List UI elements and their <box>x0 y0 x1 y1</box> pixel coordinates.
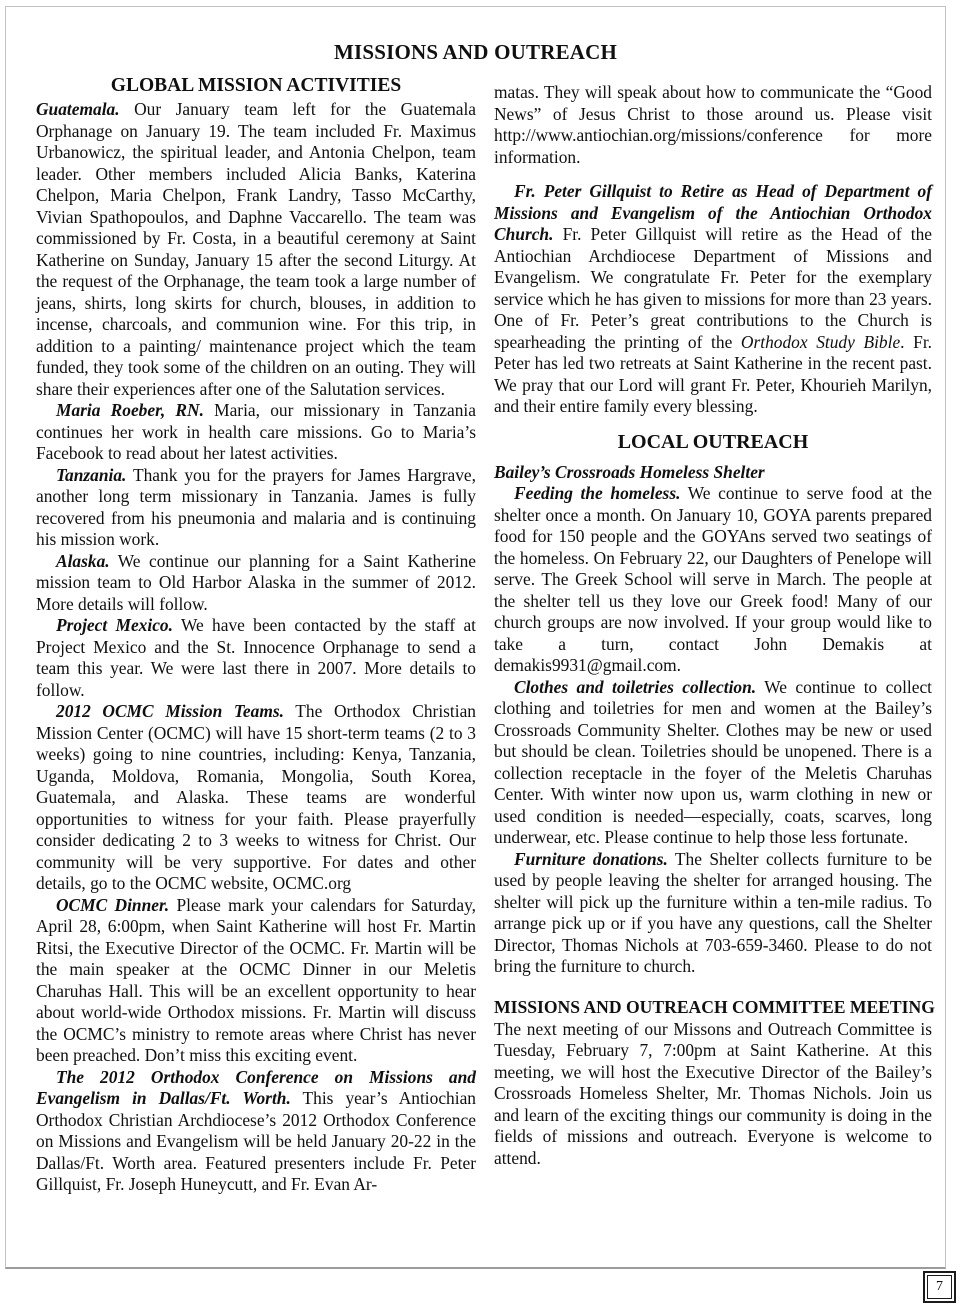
paragraph-spacer <box>494 168 932 181</box>
page-number-box: 7 <box>923 1271 956 1303</box>
paragraph-furniture-donations: Furniture donations. The Shelter collect… <box>494 849 932 978</box>
local-outreach-heading: LOCAL OUTREACH <box>494 430 932 454</box>
paragraph-tanzania: Tanzania. Thank you for the prayers for … <box>36 465 476 551</box>
committee-meeting-heading: MISSIONS AND OUTREACH COMMITTEE MEETING <box>494 996 932 1019</box>
paragraph-committee-meeting: The next meeting of our Missons and Outr… <box>494 1019 932 1170</box>
paragraph-lead: Maria Roeber, RN. <box>56 400 204 420</box>
baileys-crossroads-shelter-heading: Bailey’s Crossroads Homeless Shelter <box>494 462 932 484</box>
paragraph-lead: Feeding the homeless. <box>514 483 680 503</box>
paragraph-alaska: Alaska. We continue our planning for a S… <box>36 551 476 616</box>
paragraph-text: We continue to serve food at the shelter… <box>494 483 932 675</box>
paragraph-clothes-toiletries: Clothes and toiletries collection. We co… <box>494 677 932 849</box>
left-column: GLOBAL MISSION ACTIVITIES Guatemala. Our… <box>36 74 476 1196</box>
book-title-italic: Orthodox Study Bible <box>741 332 900 352</box>
paragraph-lead: OCMC Dinner. <box>56 895 169 915</box>
page-number: 7 <box>927 1275 952 1299</box>
paragraph-ocmc-mission-teams: 2012 OCMC Mission Teams. The Orthodox Ch… <box>36 701 476 895</box>
paragraph-lead: Project Mexico. <box>56 615 173 635</box>
paragraph-project-mexico: Project Mexico. We have been contacted b… <box>36 615 476 701</box>
paragraph-guatemala: Guatemala. Our January team left for the… <box>36 99 476 400</box>
paragraph-text: We continue to collect clothing and toil… <box>494 677 932 848</box>
paragraph-lead: Furniture donations. <box>514 849 668 869</box>
paragraph-text: Our January team left for the Guatemala … <box>36 99 476 399</box>
paragraph-text: Please mark your calendars for Saturday,… <box>36 895 476 1066</box>
paragraph-text: The Orthodox Christian Mission Center (O… <box>36 701 476 893</box>
paragraph-lead: Guatemala. <box>36 99 120 119</box>
paragraph-ocmc-dinner: OCMC Dinner. Please mark your calendars … <box>36 895 476 1067</box>
paragraph-feeding-homeless: Feeding the homeless. We continue to ser… <box>494 483 932 677</box>
paragraph-lead: 2012 OCMC Mission Teams. <box>56 701 284 721</box>
paragraph-maria-roeber: Maria Roeber, RN. Maria, our missionary … <box>36 400 476 465</box>
newsletter-page: MISSIONS AND OUTREACH GLOBAL MISSION ACT… <box>0 0 960 1309</box>
paragraph-lead: Clothes and toiletries collection. <box>514 677 756 697</box>
paragraph-lead: Tanzania. <box>56 465 126 485</box>
paragraph-lead: Alaska. <box>56 551 110 571</box>
global-mission-activities-heading: GLOBAL MISSION ACTIVITIES <box>36 74 476 97</box>
paragraph-dallas-conference: The 2012 Orthodox Conference on Missions… <box>36 1067 476 1196</box>
paragraph-continuation: matas. They will speak about how to comm… <box>494 82 932 168</box>
paragraph-fr-peter-retire: Fr. Peter Gillquist to Retire as Head of… <box>494 181 932 418</box>
page-title: MISSIONS AND OUTREACH <box>0 40 951 65</box>
right-column: matas. They will speak about how to comm… <box>494 82 932 1169</box>
